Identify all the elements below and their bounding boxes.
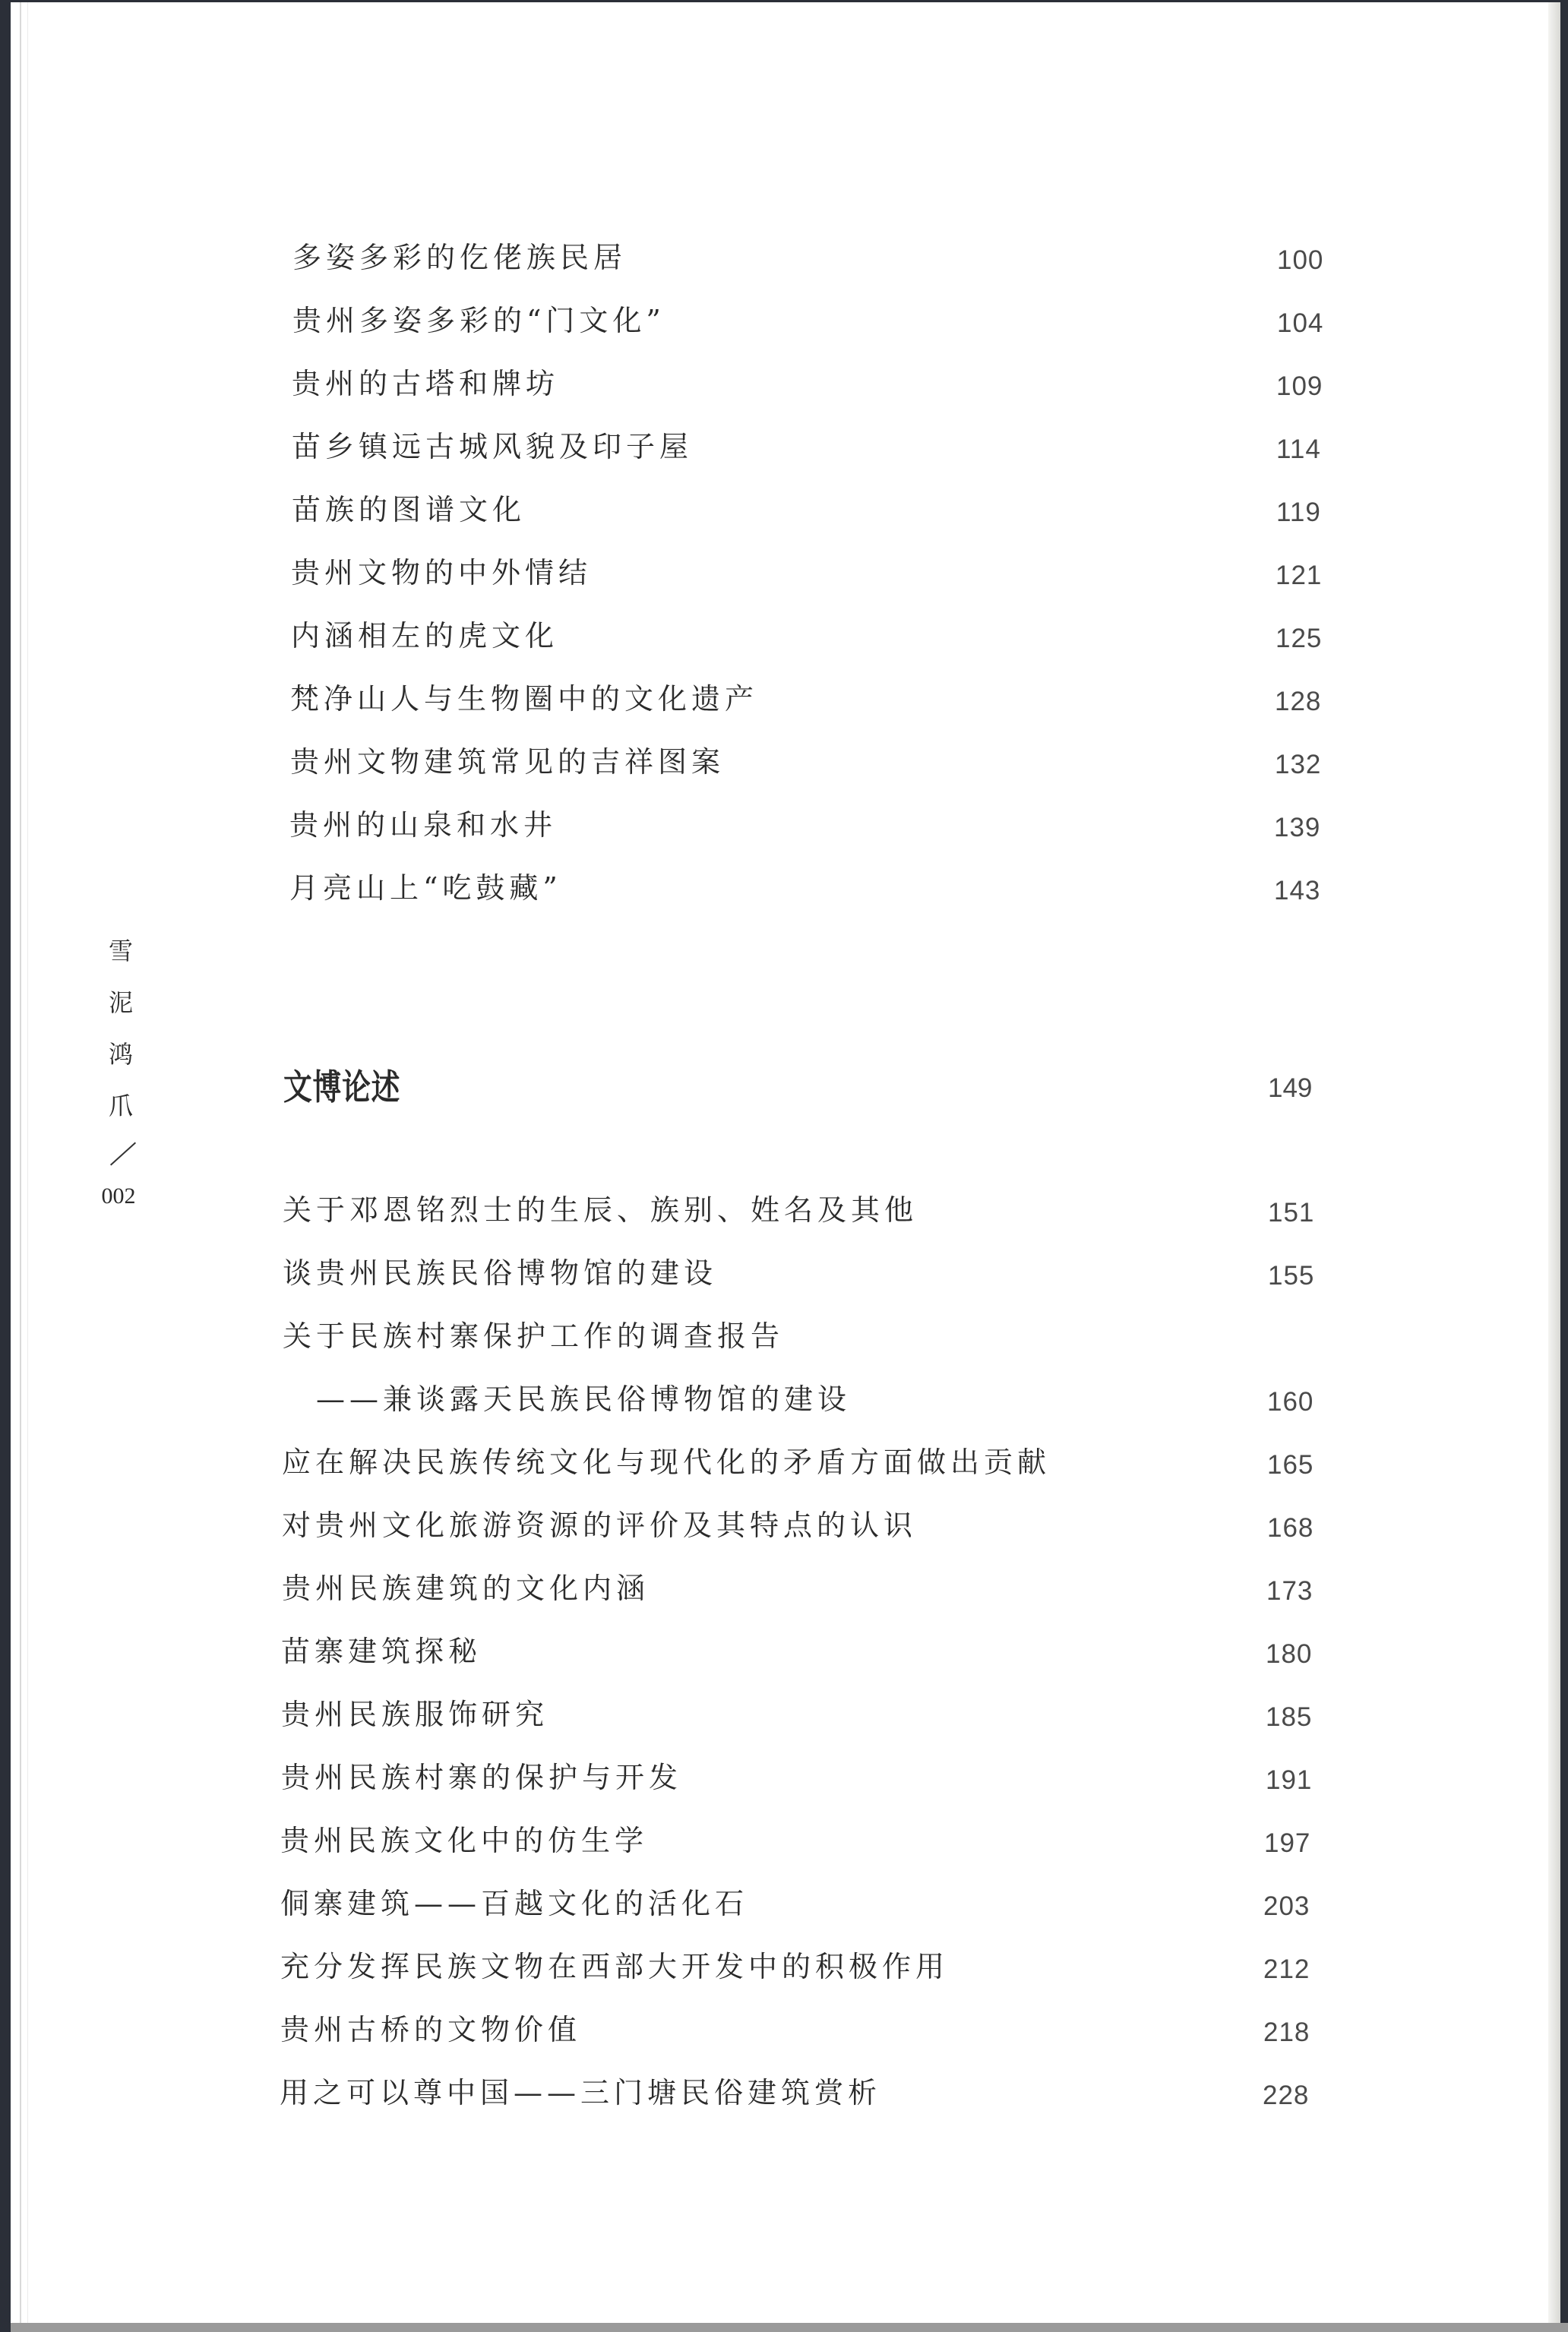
toc-entry-page: 125	[1276, 620, 1322, 658]
toc-entry-title: 贵州民族服饰研究	[281, 1695, 548, 1733]
toc-entry[interactable]: 关于邓恩铭烈士的生辰、族别、姓名及其他 151	[283, 1191, 1361, 1229]
toc-entry[interactable]: 贵州民族服饰研究 185	[281, 1695, 1360, 1733]
toc-entry-title: 用之可以尊中国——三门塘民俗建筑赏析	[280, 2074, 881, 2112]
toc-entry-page: 185	[1266, 1698, 1312, 1736]
toc-entry[interactable]: 内涵相左的虎文化 125	[291, 617, 1355, 655]
toc-entry-title: 侗寨建筑——百越文化的活化石	[280, 1885, 748, 1923]
toc-entry-page: 155	[1268, 1257, 1314, 1295]
toc-entry[interactable]: 苗乡镇远古城风貌及印子屋 114	[292, 428, 1355, 466]
page-edge	[20, 2, 21, 2325]
toc-entry-page: 132	[1275, 746, 1321, 784]
toc-entry-page: 212	[1263, 1951, 1310, 1989]
toc-entry-title: 贵州民族村寨的保护与开发	[281, 1758, 682, 1796]
running-head: 雪 泥 鸿 爪 002	[102, 925, 140, 1215]
toc-entry-page: 173	[1266, 1572, 1313, 1610]
toc-entry-page: 121	[1276, 557, 1322, 595]
toc-entry-page: 139	[1274, 809, 1320, 847]
toc-entry-page: 203	[1263, 1888, 1310, 1926]
book-page: 雪 泥 鸿 爪 002 多姿多彩的仡佬族民居 100 贵州多姿多彩的“门文化” …	[11, 2, 1560, 2325]
toc-entry-page: 228	[1263, 2077, 1309, 2115]
toc-entry[interactable]: 用之可以尊中国——三门塘民俗建筑赏析 228	[280, 2074, 1358, 2112]
toc-entry-page: 168	[1267, 1509, 1314, 1547]
toc-entry[interactable]: 梵净山人与生物圈中的文化遗产 128	[290, 680, 1354, 718]
page-number: 002	[97, 1177, 140, 1215]
toc-entry[interactable]: 贵州文物的中外情结 121	[291, 554, 1355, 592]
toc-entry-title: 应在解决民族传统文化与现代化的矛盾方面做出贡献	[282, 1443, 1051, 1481]
section-heading[interactable]: 文博论述	[283, 1064, 400, 1110]
toc-entry[interactable]: 贵州民族文化中的仿生学 197	[280, 1822, 1359, 1860]
toc-entry-title: 苗乡镇远古城风貌及印子屋	[292, 428, 693, 466]
toc-entry-title: 贵州民族文化中的仿生学	[280, 1822, 648, 1860]
toc-entry[interactable]: 充分发挥民族文物在西部大开发中的积极作用 212	[280, 1948, 1359, 1986]
toc-entry-title: 贵州文物建筑常见的吉祥图案	[290, 743, 725, 781]
toc-entry-title: 月亮山上“吃鼓藏”	[289, 869, 562, 907]
toc-entry-title: 梵净山人与生物圈中的文化遗产	[290, 680, 758, 718]
toc-entry[interactable]: 多姿多彩的仡佬族民居 100	[292, 239, 1356, 276]
toc-entry-title: 多姿多彩的仡佬族民居	[292, 239, 627, 276]
running-head-char: 泥	[102, 977, 140, 1029]
toc-entry-title: 关于民族村寨保护工作的调查报告	[283, 1317, 784, 1355]
toc-entry-title: ——兼谈露天民族民俗博物馆的建设	[316, 1380, 851, 1418]
toc-entry-title: 贵州多姿多彩的“门文化”	[292, 302, 665, 340]
toc-entry[interactable]: 苗族的图谱文化 119	[292, 491, 1355, 529]
toc-entry-title: 贵州民族建筑的文化内涵	[282, 1569, 650, 1607]
toc-entry-page: 128	[1275, 683, 1321, 721]
toc-entry[interactable]: 侗寨建筑——百越文化的活化石 203	[280, 1885, 1359, 1923]
toc-entry-page: 143	[1274, 872, 1320, 910]
toc-entry-title: 苗族的图谱文化	[292, 491, 526, 529]
toc-entry-page: 100	[1277, 242, 1323, 280]
toc-entry-title: 贵州文物的中外情结	[291, 554, 592, 592]
toc-entry-title: 关于邓恩铭烈士的生辰、族别、姓名及其他	[283, 1191, 918, 1229]
toc-entry-subtitle[interactable]: ——兼谈露天民族民俗博物馆的建设 160	[316, 1380, 1361, 1418]
page-edge-shadow	[1548, 2, 1560, 2325]
running-head-char: 雪	[102, 925, 140, 977]
toc-entry-page: 104	[1277, 305, 1323, 343]
page-edge	[27, 2, 28, 2325]
toc-entry[interactable]: 贵州民族建筑的文化内涵 173	[282, 1569, 1361, 1607]
toc-entry[interactable]: 贵州古桥的文物价值 218	[280, 2011, 1359, 2049]
toc-entry[interactable]: 贵州的古塔和牌坊 109	[292, 365, 1355, 403]
scanner-bed-edge	[11, 2323, 1568, 2332]
toc-entry-page: 109	[1276, 368, 1323, 406]
toc-entry[interactable]: 谈贵州民族民俗博物馆的建设 155	[283, 1254, 1361, 1292]
toc-entry-page: 165	[1267, 1446, 1314, 1484]
toc-entry[interactable]: 贵州的山泉和水井 139	[289, 806, 1353, 844]
toc-entry[interactable]: 关于民族村寨保护工作的调查报告	[283, 1317, 1361, 1355]
toc-entry-title: 内涵相左的虎文化	[291, 617, 558, 655]
toc-entry-page: 119	[1276, 494, 1321, 532]
slash-divider	[102, 1132, 140, 1177]
toc-entry-page: 160	[1267, 1383, 1314, 1421]
toc-entry-page: 180	[1266, 1635, 1312, 1673]
toc-entry-title: 贵州古桥的文物价值	[280, 2011, 581, 2049]
toc-entry[interactable]: 对贵州文化旅游资源的评价及其特点的认识 168	[282, 1506, 1361, 1544]
toc-entry-title: 贵州的山泉和水井	[289, 806, 557, 844]
toc-entry-page: 197	[1264, 1825, 1310, 1863]
toc-entry-title: 谈贵州民族民俗博物馆的建设	[283, 1254, 717, 1292]
toc-entry-page: 114	[1276, 431, 1321, 469]
toc-entry-title: 充分发挥民族文物在西部大开发中的积极作用	[280, 1948, 949, 1986]
toc-entry-title: 对贵州文化旅游资源的评价及其特点的认识	[282, 1506, 917, 1544]
toc-entry[interactable]: 苗寨建筑探秘 180	[281, 1632, 1360, 1670]
toc-entry-title: 贵州的古塔和牌坊	[292, 365, 559, 403]
toc-entry[interactable]: 贵州民族村寨的保护与开发 191	[281, 1758, 1360, 1796]
toc-entry[interactable]: 贵州文物建筑常见的吉祥图案 132	[290, 743, 1354, 781]
toc-entry[interactable]: 月亮山上“吃鼓藏” 143	[289, 869, 1353, 907]
toc-entry-title: 苗寨建筑探秘	[281, 1632, 482, 1670]
toc-entry-page: 151	[1268, 1194, 1314, 1232]
section-page-number: 149	[1268, 1070, 1312, 1108]
toc-entry[interactable]: 应在解决民族传统文化与现代化的矛盾方面做出贡献 165	[282, 1443, 1361, 1481]
toc-entry-page: 218	[1263, 2014, 1310, 2052]
toc-entry[interactable]: 贵州多姿多彩的“门文化” 104	[292, 302, 1356, 340]
running-head-char: 鸿	[102, 1029, 140, 1080]
running-head-char: 爪	[102, 1080, 140, 1132]
toc-entry-page: 191	[1266, 1762, 1312, 1800]
